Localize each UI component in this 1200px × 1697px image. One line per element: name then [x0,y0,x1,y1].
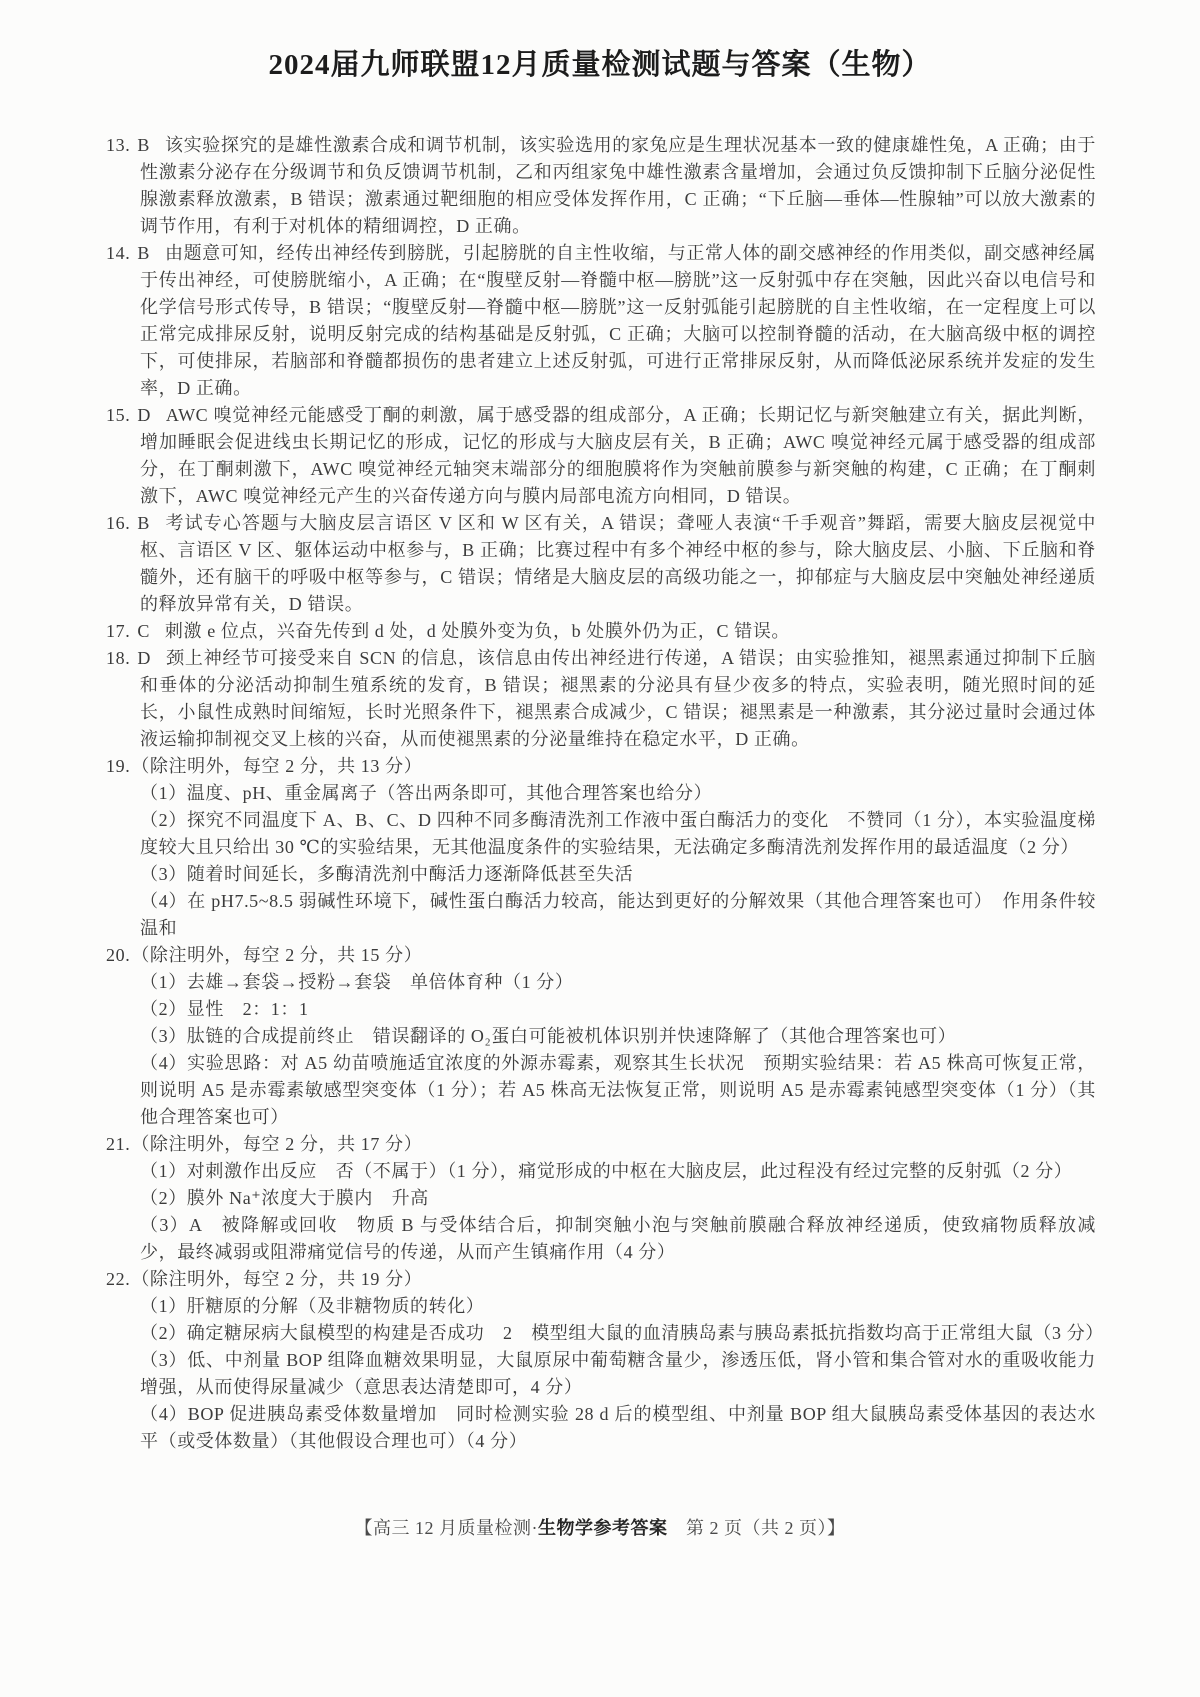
question-number: 22. [106,1269,130,1289]
scoring-note: （除注明外，每空 2 分，共 19 分） [131,1269,422,1289]
answer-item-14: 14.B由题意可知，经传出神经传到膀胱，引起膀胱的自主性收缩，与正常人体的副交感… [106,240,1096,402]
question-block-20: 20.（除注明外，每空 2 分，共 15 分） （1）去雄→套袋→授粉→套袋 单… [106,942,1096,1131]
question-block-19: 19.（除注明外，每空 2 分，共 13 分） （1）温度、pH、重金属离子（答… [106,753,1096,942]
question-block-22: 22.（除注明外，每空 2 分，共 19 分） （1）肝糖原的分解（及非糖物质的… [106,1266,1096,1455]
answer-part: （1）对刺激作出反应 否（不属于）（1 分），痛觉形成的中枢在大脑皮层，此过程没… [106,1158,1096,1185]
scoring-note: （除注明外，每空 2 分，共 13 分） [131,756,422,776]
question-block-21: 21.（除注明外，每空 2 分，共 17 分） （1）对刺激作出反应 否（不属于… [106,1131,1096,1266]
answer-letter: B [137,135,150,155]
answer-part: （3）低、中剂量 BOP 组降血糖效果明显，大鼠原尿中葡萄糖含量少，渗透压低，肾… [106,1347,1096,1401]
footer-page-number: 第 2 页（共 2 页）】 [668,1518,846,1538]
explanation-text: 该实验探究的是雄性激素合成和调节机制，该实验选用的家兔应是生理状况基本一致的健康… [140,135,1096,236]
answer-part: （1）肝糖原的分解（及非糖物质的转化） [106,1293,1096,1320]
answer-letter: D [137,648,151,668]
question-head: 22.（除注明外，每空 2 分，共 19 分） [106,1266,1096,1293]
answer-part: （2）确定糖尿病大鼠模型的构建是否成功 2 模型组大鼠的血清胰岛素与胰岛素抵抗指… [106,1320,1096,1347]
question-number: 20. [106,945,130,965]
answer-key-body: 13.B该实验探究的是雄性激素合成和调节机制，该实验选用的家兔应是生理状况基本一… [106,132,1096,1455]
answer-item-17: 17.C刺激 e 位点，兴奋先传到 d 处，d 处膜外变为负，b 处膜外仍为正，… [106,618,1096,645]
question-number: 21. [106,1134,130,1154]
answer-part: （3）肽链的合成提前终止 错误翻译的 O₂蛋白可能被机体识别并快速降解了（其他合… [106,1023,1096,1050]
question-number: 16. [106,513,130,533]
answer-part: （1）温度、pH、重金属离子（答出两条即可，其他合理答案也给分） [106,780,1096,807]
answer-part: （3）随着时间延长，多酶清洗剂中酶活力逐渐降低甚至失活 [106,861,1096,888]
footer-subject: 生物学参考答案 [538,1518,668,1538]
scoring-note: （除注明外，每空 2 分，共 17 分） [131,1134,422,1154]
question-head: 20.（除注明外，每空 2 分，共 15 分） [106,942,1096,969]
answer-item-16: 16.B考试专心答题与大脑皮层言语区 V 区和 W 区有关，A 错误；聋哑人表演… [106,510,1096,618]
answer-part: （3）A 被降解或回收 物质 B 与受体结合后，抑制突触小泡与突触前膜融合释放神… [106,1212,1096,1266]
answer-part: （2）膜外 Na⁺浓度大于膜内 升高 [106,1185,1096,1212]
question-number: 14. [106,243,130,263]
answer-part: （2）探究不同温度下 A、B、C、D 四种不同多酶清洗剂工作液中蛋白酶活力的变化… [106,807,1096,861]
answer-item-15: 15.DAWC 嗅觉神经元能感受丁酮的刺激，属于感受器的组成部分，A 正确；长期… [106,402,1096,510]
answer-part: （4）在 pH7.5~8.5 弱碱性环境下，碱性蛋白酶活力较高，能达到更好的分解… [106,888,1096,942]
page-title: 2024届九师联盟12月质量检测试题与答案（生物） [0,0,1200,83]
explanation-text: 由题意可知，经传出神经传到膀胱，引起膀胱的自主性收缩，与正常人体的副交感神经的作… [140,243,1096,398]
explanation-text: 考试专心答题与大脑皮层言语区 V 区和 W 区有关，A 错误；聋哑人表演“千手观… [140,513,1096,614]
explanation-text: AWC 嗅觉神经元能感受丁酮的刺激，属于感受器的组成部分，A 正确；长期记忆与新… [140,405,1096,506]
answer-item-13: 13.B该实验探究的是雄性激素合成和调节机制，该实验选用的家兔应是生理状况基本一… [106,132,1096,240]
question-head: 21.（除注明外，每空 2 分，共 17 分） [106,1131,1096,1158]
footer-prefix: 【高三 12 月质量检测· [355,1518,539,1538]
question-head: 19.（除注明外，每空 2 分，共 13 分） [106,753,1096,780]
answer-part: （4）实验思路：对 A5 幼苗喷施适宜浓度的外源赤霉素，观察其生长状况 预期实验… [106,1050,1096,1131]
answer-item-18: 18.D颈上神经节可接受来自 SCN 的信息，该信息由传出神经进行传递，A 错误… [106,645,1096,753]
answer-letter: D [137,405,151,425]
answer-part: （2）显性 2：1：1 [106,996,1096,1023]
scoring-note: （除注明外，每空 2 分，共 15 分） [131,945,422,965]
answer-letter: B [137,243,150,263]
explanation-text: 刺激 e 位点，兴奋先传到 d 处，d 处膜外变为负，b 处膜外仍为正，C 错误… [165,621,790,641]
explanation-text: 颈上神经节可接受来自 SCN 的信息，该信息由传出神经进行传递，A 错误；由实验… [140,648,1096,749]
question-number: 15. [106,405,130,425]
question-number: 19. [106,756,130,776]
answer-part: （1）去雄→套袋→授粉→套袋 单倍体育种（1 分） [106,969,1096,996]
answer-letter: B [137,513,150,533]
page-footer: 【高三 12 月质量检测·生物学参考答案 第 2 页（共 2 页）】 [0,1514,1200,1540]
question-number: 17. [106,621,130,641]
answer-part: （4）BOP 促进胰岛素受体数量增加 同时检测实验 28 d 后的模型组、中剂量… [106,1401,1096,1455]
question-number: 13. [106,135,130,155]
question-number: 18. [106,648,130,668]
answer-letter: C [137,621,150,641]
